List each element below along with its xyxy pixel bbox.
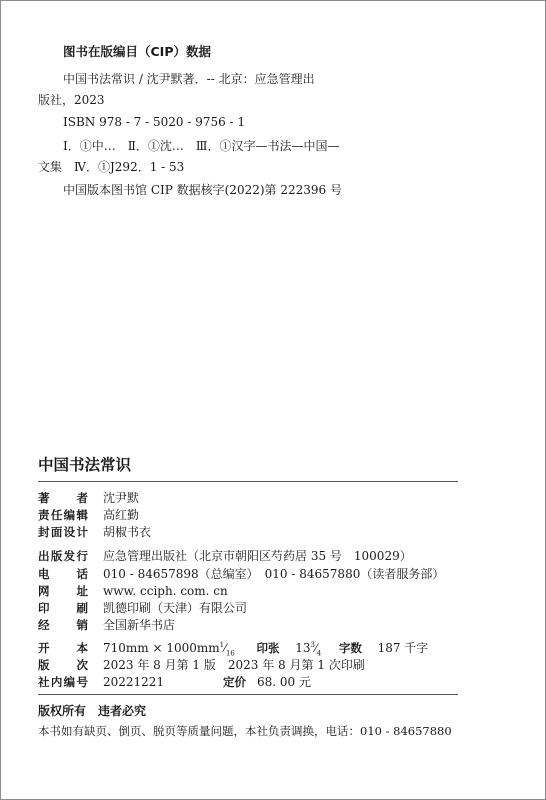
publisher-row: 出版发行 应急管理出版社（北京市朝阳区芍药居 35 号 100029）: [38, 549, 88, 564]
printer-value: 凯德印刷（天津）有限公司: [103, 601, 247, 616]
copyright-page: 图书在版编目（CIP）数据 中国书法常识 / 沈尹默著．-- 北京：应急管理出 …: [0, 0, 546, 800]
distributor-label: 经 销: [38, 618, 88, 633]
distributor-value: 全国新华书店: [103, 618, 175, 633]
website-row: 网 址 www. cciph. com. cn: [38, 584, 88, 599]
website-value: www. cciph. com. cn: [103, 584, 228, 599]
format-frac-den: 16: [226, 649, 235, 657]
cip-isbn: ISBN 978 - 7 - 5020 - 9756 - 1: [63, 115, 245, 129]
cip-heading: 图书在版编目（CIP）数据: [63, 45, 211, 59]
copyright-notice: 版权所有 违者必究: [38, 704, 146, 718]
distributor-row: 经 销 全国新华书店: [38, 618, 88, 633]
format-row: 开 本 710mm × 1000mm1⁄16 印张 133⁄4 字数 187 千…: [38, 641, 88, 656]
cip-entry-line1-cont: 版社，2023: [38, 93, 105, 107]
format-size: 710mm × 1000mm: [103, 641, 220, 655]
internal-number-row: 社内编号 20221221 定价 68. 00 元: [38, 675, 88, 690]
format-value: 710mm × 1000mm1⁄16 印张 133⁄4 字数 187 千字: [103, 641, 428, 656]
words-label: 字数: [339, 641, 362, 655]
cip-entry-line1: 中国书法常识 / 沈尹默著．-- 北京：应急管理出: [63, 72, 315, 86]
printer-row: 印 刷 凯德印刷（天津）有限公司: [38, 601, 88, 616]
credit-value: 沈尹默: [103, 491, 139, 506]
book-title: 中国书法常识: [38, 456, 131, 474]
price-label: 定价: [223, 675, 246, 690]
printer-label: 印 刷: [38, 601, 88, 616]
edition-value: 2023 年 8 月第 1 版 2023 年 8 月第 1 次印刷: [103, 658, 365, 673]
sheets-label: 印张: [257, 641, 280, 655]
format-label: 开 本: [38, 641, 88, 656]
publisher-label: 出版发行: [38, 549, 88, 564]
credit-label: 著 者: [38, 491, 88, 506]
credit-value: 胡椒书衣: [103, 525, 151, 540]
edition-label: 版 次: [38, 658, 88, 673]
divider-top: [38, 481, 458, 482]
sheets-frac-den: 4: [317, 649, 321, 657]
divider-bottom: [38, 694, 458, 695]
words-value: 187 千字: [378, 641, 429, 655]
credit-value: 高红勤: [103, 508, 139, 523]
credit-row-cover-design: 封面设计 胡椒书衣: [38, 525, 88, 540]
cip-classification-line2: 文集 Ⅳ．①J292．1 - 53: [38, 160, 184, 174]
credit-label: 封面设计: [38, 525, 88, 540]
cip-library-record: 中国版本图书馆 CIP 数据核字(2022)第 222396 号: [63, 183, 342, 197]
credit-label: 责任编辑: [38, 508, 88, 523]
phone-label: 电 话: [38, 567, 88, 582]
sheets-whole: 13: [295, 641, 310, 655]
website-label: 网 址: [38, 584, 88, 599]
price-value: 68. 00 元: [257, 675, 311, 690]
credit-row-author: 著 者 沈尹默: [38, 491, 88, 506]
internal-number-label: 社内编号: [38, 675, 88, 690]
internal-number-value: 20221221: [103, 675, 164, 690]
credit-row-editor: 责任编辑 高红勤: [38, 508, 88, 523]
phone-value: 010 - 84657898（总编室） 010 - 84657880（读者服务部…: [103, 567, 444, 582]
cip-classification-line1: Ⅰ．①中… Ⅱ．①沈… Ⅲ．①汉字—书法—中国—: [63, 139, 339, 153]
publisher-value: 应急管理出版社（北京市朝阳区芍药居 35 号 100029）: [103, 549, 412, 564]
replacement-policy: 本书如有缺页、倒页、脱页等质量问题，本社负责调换，电话：010 - 846578…: [38, 724, 452, 738]
phone-row: 电 话 010 - 84657898（总编室） 010 - 84657880（读…: [38, 567, 88, 582]
edition-row: 版 次 2023 年 8 月第 1 版 2023 年 8 月第 1 次印刷: [38, 658, 88, 673]
